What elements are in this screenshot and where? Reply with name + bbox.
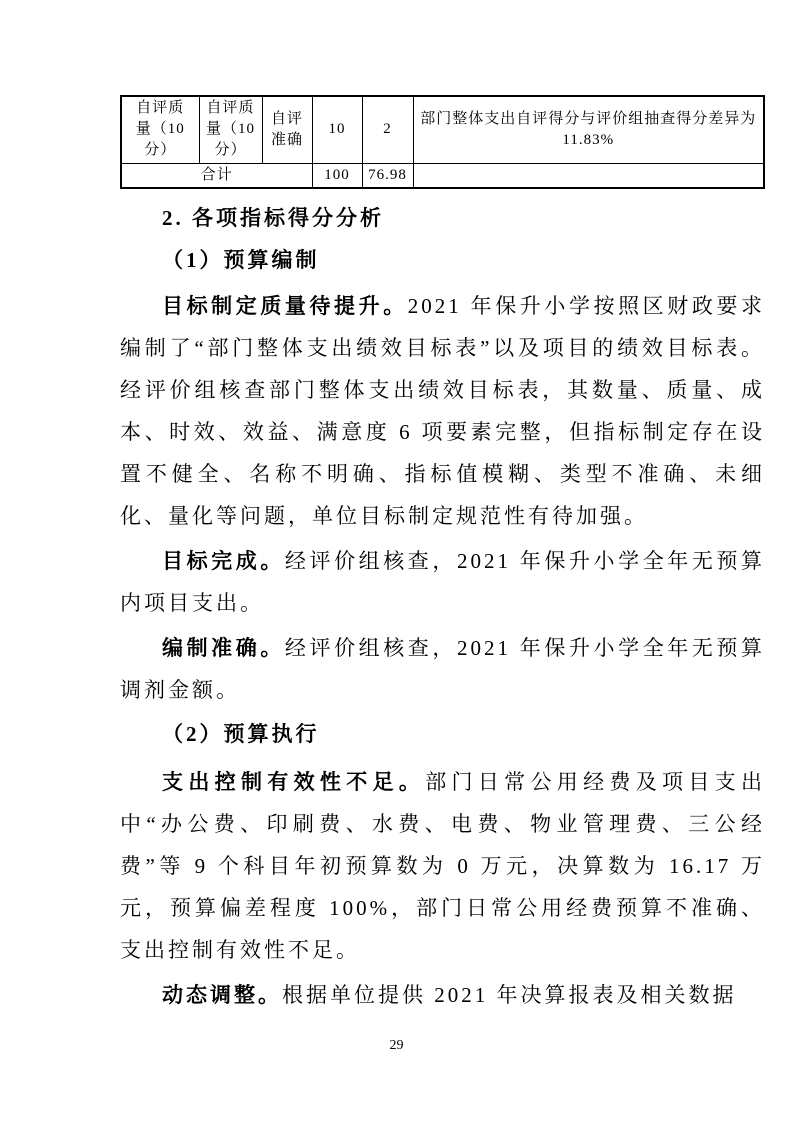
paragraph-expense-control-body: 部门日常公用经费及项目支出中“办公费、印刷费、水费、电费、物业管理费、三公经费”… xyxy=(120,770,765,962)
table-row-total: 合计 100 76.98 xyxy=(121,163,764,188)
paragraph-dynamic-adjust-lead: 动态调整。 xyxy=(162,983,282,1007)
heading-budget-preparation: （1）预算编制 xyxy=(120,239,765,281)
paragraph-expense-control: 支出控制有效性不足。部门日常公用经费及项目支出中“办公费、印刷费、水费、电费、物… xyxy=(120,761,765,971)
cell-total-score: 76.98 xyxy=(362,163,413,188)
paragraph-goal-complete-lead: 目标完成。 xyxy=(162,549,285,573)
heading-budget-execution: （2）预算执行 xyxy=(120,713,765,755)
cell-category-self-eval-quality: 自评质 量（10 分） xyxy=(121,96,199,163)
cell-score: 2 xyxy=(362,96,413,163)
page-content: 自评质 量（10 分） 自评质 量（10 分） 自评 准确 10 2 部门整体支… xyxy=(120,95,765,1016)
heading-indicator-analysis: 2. 各项指标得分分析 xyxy=(120,197,765,239)
paragraph-expense-control-lead: 支出控制有效性不足。 xyxy=(162,770,425,794)
paragraph-goal-quality-body: 2021 年保升小学按照区财政要求编制了“部门整体支出绩效目标表”以及项目的绩效… xyxy=(120,294,765,528)
cell-subindicator-self-eval-accuracy: 自评 准确 xyxy=(262,96,312,163)
paragraph-prep-accurate: 编制准确。经评价组核查，2021 年保升小学全年无预算调剂金额。 xyxy=(120,627,765,711)
cell-total-label: 合计 xyxy=(121,163,312,188)
score-table: 自评质 量（10 分） 自评质 量（10 分） 自评 准确 10 2 部门整体支… xyxy=(120,95,765,189)
paragraph-goal-quality-lead: 目标制定质量待提升。 xyxy=(162,294,408,318)
table-row: 自评质 量（10 分） 自评质 量（10 分） 自评 准确 10 2 部门整体支… xyxy=(121,96,764,163)
paragraph-dynamic-adjust: 动态调整。根据单位提供 2021 年决算报表及相关数据 xyxy=(120,974,765,1016)
cell-indicator-self-eval-quality: 自评质 量（10 分） xyxy=(199,96,262,163)
paragraph-dynamic-adjust-body: 根据单位提供 2021 年决算报表及相关数据 xyxy=(282,983,737,1007)
cell-total-remark xyxy=(413,163,764,188)
body-text: 2. 各项指标得分分析 （1）预算编制 目标制定质量待提升。2021 年保升小学… xyxy=(120,197,765,1016)
document-page: 自评质 量（10 分） 自评质 量（10 分） 自评 准确 10 2 部门整体支… xyxy=(0,0,793,1122)
cell-remark: 部门整体支出自评得分与评价组抽查得分差异为 11.83% xyxy=(413,96,764,163)
cell-full-score: 10 xyxy=(312,96,362,163)
paragraph-prep-accurate-lead: 编制准确。 xyxy=(162,636,285,660)
paragraph-goal-quality: 目标制定质量待提升。2021 年保升小学按照区财政要求编制了“部门整体支出绩效目… xyxy=(120,285,765,537)
paragraph-goal-complete: 目标完成。经评价组核查，2021 年保升小学全年无预算内项目支出。 xyxy=(120,540,765,624)
page-number: 29 xyxy=(0,1038,793,1054)
cell-total-full-score: 100 xyxy=(312,163,362,188)
